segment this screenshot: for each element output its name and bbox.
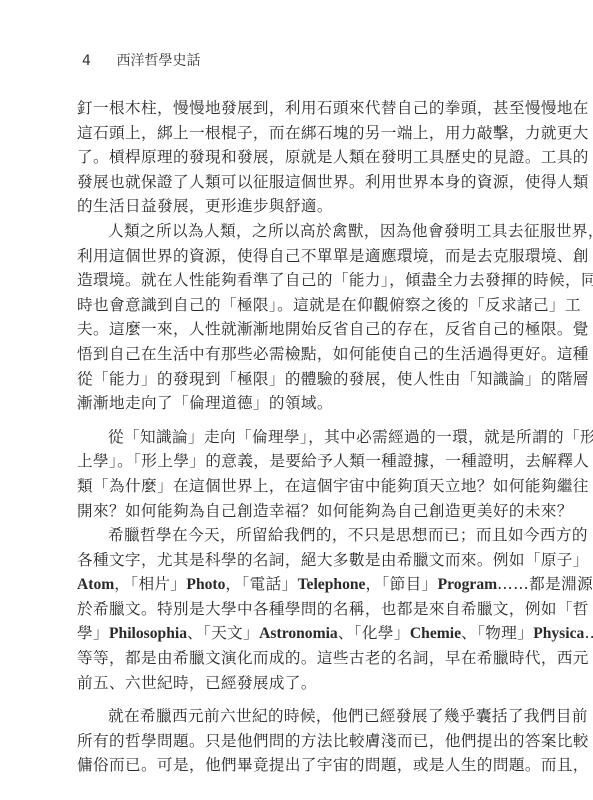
text-line: 悟到自己在生活中有那些必需檢點，如何能使自己的生活過得更好。這種 — [77, 342, 539, 367]
text-line: 釘一根木柱，慢慢地發展到，利用石頭來代替自己的拳頭，甚至慢慢地在 — [77, 96, 539, 121]
paragraph: 就在希臘西元前六世紀的時候，他們已經發展了幾乎囊括了我們目前所有的哲學問題。只是… — [77, 704, 539, 778]
text-segment: ……都是淵源 — [497, 575, 593, 593]
text-line: 傭俗而已。可是，他們畢竟提出了宇宙的問題，或是人生的問題。而且， — [77, 753, 539, 778]
paragraph: 釘一根木柱，慢慢地發展到，利用石頭來代替自己的拳頭，甚至慢慢地在這石頭上，綁上一… — [77, 96, 539, 219]
text-line: 發展也就保證了人類可以征服這個世界。利用世界本身的資源，使得人類 — [77, 170, 539, 195]
text-line: 上學」。「形上學」的意義，是要給予人類一種證據，一種證明，去解釋人 — [77, 449, 539, 474]
text-line: 類「為什麼」在這個世界上，在這個宇宙中能夠頂天立地？如何能夠繼往 — [77, 474, 539, 499]
text-segment: 、「天文」 — [187, 624, 259, 642]
text-segment: 、「物理」 — [461, 624, 533, 642]
text-line: 利用這個世界的資源，使得自己不單單是適應環境，而是去克服環境、創 — [77, 244, 539, 269]
text-line: 了。槓桿原理的發現和發展，原就是人類在發明工具歷史的見證。工具的 — [77, 145, 539, 170]
latin-term: Atom — [77, 576, 114, 593]
text-line: 從「能力」的發現到「極限」的體驗的發展，使人性由「知識論」的階層 — [77, 367, 539, 392]
text-line: 前五、六世紀時，已經發展成了。 — [77, 671, 539, 696]
text-segment: …… — [584, 624, 593, 642]
latin-term: Philosophia — [109, 625, 187, 642]
text-segment: 、「化學」 — [338, 624, 410, 642]
text-line: 就在希臘西元前六世紀的時候，他們已經發展了幾乎囊括了我們目前 — [77, 704, 539, 729]
text-line: 開來？如何能夠為自己創造幸福？如何能夠為自己創造更美好的未來？ — [77, 499, 539, 524]
text-line: 等等，都是由希臘文演化而成的。這些古老的名詞，早在希臘時代，西元 — [77, 646, 539, 671]
text-line: 夫。這麼一來，人性就漸漸地開始反省自己的存在，反省自己的極限。覺 — [77, 317, 539, 342]
paragraph: 人類之所以為人類，之所以高於禽獸，因為他會發明工具去征服世界，利用這個世界的資源… — [77, 219, 539, 416]
paragraph-gap — [77, 416, 539, 425]
text-line: 這石頭上，綁上一根棍子，而在綁石塊的另一端上，用力敲擊，力就更大 — [77, 121, 539, 146]
latin-term: Chemie — [410, 625, 461, 642]
running-header: 4 西洋哲學史話 — [82, 50, 200, 70]
body-text: 釘一根木柱，慢慢地發展到，利用石頭來代替自己的拳頭，甚至慢慢地在這石頭上，綁上一… — [77, 96, 539, 778]
text-line: 的生活日益發展，更形進步與舒適。 — [77, 194, 539, 219]
text-line: 從「知識論」走向「倫理學」，其中必需經過的一環，就是所謂的「形 — [77, 425, 539, 450]
text-line: 造環境。就在人性能夠看準了自己的「能力」，傾盡全力去發揮的時候，同 — [77, 268, 539, 293]
latin-term: Photo — [186, 576, 225, 593]
text-line: 於希臘文。特別是大學中各種學問的名稱，也都是來自希臘文，例如「哲 — [77, 597, 539, 622]
text-segment: 學」 — [77, 624, 109, 642]
text-segment: ，「節目」 — [365, 575, 437, 593]
running-title: 西洋哲學史話 — [116, 53, 200, 69]
page-number: 4 — [82, 53, 112, 69]
text-segment: ，「相片」 — [114, 575, 186, 593]
latin-term: Physica — [533, 625, 584, 642]
text-segment: ，「電話」 — [225, 575, 297, 593]
text-line: 漸漸地走向了「倫理道德」的領域。 — [77, 391, 539, 416]
paragraph-gap — [77, 695, 539, 704]
latin-term: Telephone — [298, 576, 366, 593]
latin-term: Program — [438, 576, 497, 593]
text-line: 所有的哲學問題。只是他們問的方法比較膚淺而已，他們提出的答案比較 — [77, 729, 539, 754]
text-line: 希臘哲學在今天，所留給我們的，不只是思想而已；而且如今西方的 — [77, 523, 539, 548]
latin-term: Astronomia — [259, 625, 338, 642]
text-line: 各種文字，尤其是科學的名詞，絕大多數是由希臘文而來。例如「原子」 — [77, 548, 539, 573]
text-line: 人類之所以為人類，之所以高於禽獸，因為他會發明工具去征服世界， — [77, 219, 539, 244]
text-line: Atom，「相片」Photo，「電話」Telephone，「節目」Program… — [77, 572, 539, 597]
text-line: 時也會意識到自己的「極限」。這就是在仰觀俯察之後的「反求諸己」工 — [77, 293, 539, 318]
paragraph: 希臘哲學在今天，所留給我們的，不只是思想而已；而且如今西方的各種文字，尤其是科學… — [77, 523, 539, 695]
text-line: 學」Philosophia、「天文」Astronomia、「化學」Chemie、… — [77, 621, 539, 646]
paragraph: 從「知識論」走向「倫理學」，其中必需經過的一環，就是所謂的「形上學」。「形上學」… — [77, 425, 539, 523]
